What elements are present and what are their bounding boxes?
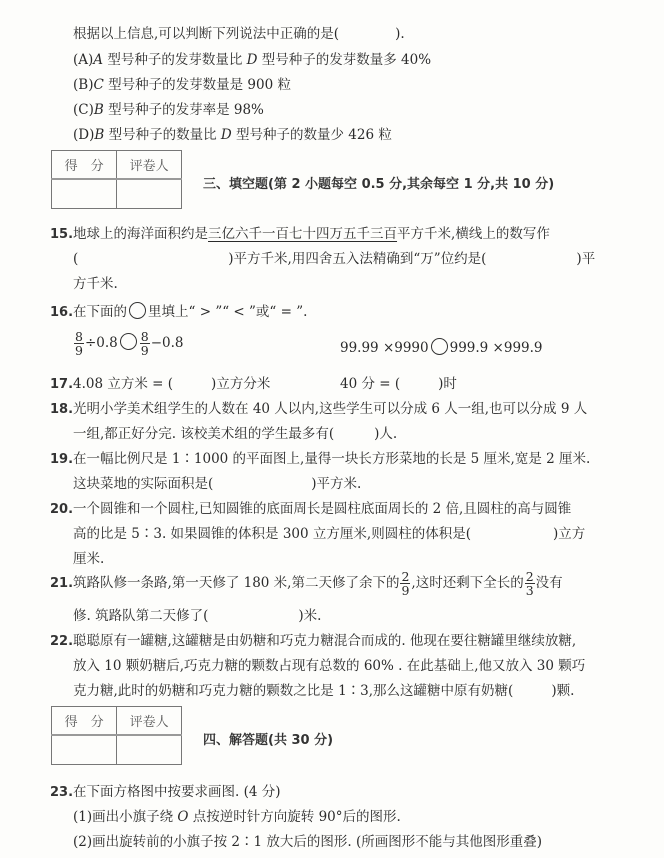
question-text: 在下面方格图中按要求画图. (4 分): [73, 784, 281, 800]
compare-circle[interactable]: [120, 333, 137, 350]
question-text: )平: [576, 251, 595, 267]
question-number: 19.: [50, 452, 73, 467]
question-text: )米.: [298, 608, 321, 624]
question-text: )立方: [553, 526, 585, 542]
question-text: 4.08 立方米 = (: [73, 376, 173, 392]
option-var: D: [247, 52, 258, 68]
underlined-number: 三亿六千一百七十四万五千三百: [208, 226, 397, 242]
expr-text: −0.8: [151, 335, 184, 351]
question-17-part2: 40 分 = ()时: [340, 372, 457, 392]
numerator: 2: [400, 570, 410, 584]
question-text: 在一幅比例尺是 1∶1000 的平面图上,量得一块长方形菜地的长是 5 厘米,宽…: [73, 451, 590, 467]
option-label: (B): [73, 77, 93, 93]
question-15-line2: ()平方千米,用四舍五入法精确到“万”位约是()平: [73, 247, 595, 267]
question-19-line2: 这块菜地的实际面积是()平方米.: [73, 472, 361, 492]
question-text: )平方千米,用四舍五入法精确到“万”位约是(: [228, 251, 486, 267]
question-text: 光明小学美术组学生的人数在 40 人以内,这些学生可以分成 6 人一组,也可以分…: [73, 401, 587, 417]
numerator: 8: [74, 330, 84, 344]
question-16-expr1: 89÷0.889−0.8: [73, 330, 183, 357]
question-23-sub2: (2)画出旋转前的小旗子按 2∶1 放大后的图形. (所画图形不能与其他图形重叠…: [73, 830, 542, 850]
q14-option-b: (B)C 型号种子的发芽数量是 900 粒: [73, 73, 291, 93]
question-20: 20.一个圆锥和一个圆柱,已知圆锥的底面周长是圆柱底面周长的 2 倍,且圆柱的高…: [50, 497, 571, 517]
question-text: ,这时还剩下全长的: [411, 575, 523, 591]
score-table: 得 分 评卷人: [51, 706, 182, 765]
option-text: 型号种子的发芽数量多 40%: [257, 52, 431, 68]
q14-stem-end: ).: [395, 26, 405, 42]
grader-header: 评卷人: [117, 151, 182, 180]
question-18: 18.光明小学美术组学生的人数在 40 人以内,这些学生可以分成 6 人一组,也…: [50, 397, 587, 417]
question-number: 21.: [50, 576, 73, 591]
q14-option-c: (C)B 型号种子的发芽率是 98%: [73, 98, 264, 118]
question-text: (: [73, 251, 78, 267]
option-var: B: [94, 102, 104, 118]
numerator: 2: [525, 570, 535, 584]
question-number: 17.: [50, 377, 73, 392]
denominator: 9: [401, 584, 409, 597]
option-text: 型号种子的发芽数量比: [103, 52, 247, 68]
fraction: 89: [140, 330, 150, 357]
question-text: 修. 筑路队第二天修了(: [73, 608, 208, 624]
question-text: )人.: [374, 426, 397, 442]
question-text: )平方米.: [311, 476, 361, 492]
score-header: 得 分: [52, 707, 117, 736]
question-15: 15.地球上的海洋面积约是三亿六千一百七十四万五千三百平方千米,横线上的数写作: [50, 222, 550, 242]
question-text: 里填上“ > ”“ < ”或“ = ”.: [148, 304, 307, 320]
question-number: 20.: [50, 502, 73, 517]
denominator: 9: [75, 344, 83, 357]
fraction: 89: [74, 330, 84, 357]
grader-header: 评卷人: [117, 707, 182, 736]
question-text: 没有: [536, 575, 563, 591]
option-label: (C): [73, 102, 94, 118]
question-text: 筑路队修一条路,第一天修了 180 米,第二天修了余下的: [73, 575, 399, 591]
option-var: D: [221, 127, 232, 143]
question-text: 这块菜地的实际面积是(: [73, 476, 213, 492]
question-18-line2: 一组,都正好分完. 该校美术组的学生最多有()人.: [73, 422, 397, 442]
q14-option-d: (D)B 型号种子的数量比 D 型号种子的数量少 426 粒: [73, 123, 392, 143]
score-cell[interactable]: [52, 179, 117, 209]
expr-text: 99.99 ×9990: [340, 340, 429, 356]
question-text: )颗.: [551, 683, 574, 699]
question-number: 18.: [50, 402, 73, 417]
question-20-line3: 厘米.: [73, 547, 104, 567]
question-number: 23.: [50, 785, 73, 800]
q14-option-a: (A)A 型号种子的发芽数量比 D 型号种子的发芽数量多 40%: [73, 48, 431, 68]
question-text: 点按逆时针方向旋转 90°后的图形.: [189, 809, 401, 825]
question-text: 地球上的海洋面积约是: [73, 226, 208, 242]
question-15-line3: 方千米.: [73, 272, 118, 292]
option-var: B: [94, 127, 104, 143]
question-number: 22.: [50, 634, 73, 649]
question-22: 22.聪聪原有一罐糖,这罐糖是由奶糖和巧克力糖混合而成的. 他现在要往糖罐里继续…: [50, 629, 576, 649]
denominator: 3: [526, 584, 534, 597]
option-label: (D): [73, 127, 94, 143]
section-title-fill-blank: 三、填空题(第 2 小题每空 0.5 分,其余每空 1 分,共 10 分): [203, 173, 554, 192]
point-label: O: [177, 809, 188, 825]
question-23-sub1: (1)画出小旗子绕 O 点按逆时针方向旋转 90°后的图形.: [73, 805, 401, 825]
q14-stem: 根据以上信息,可以判断下列说法中正确的是().: [73, 22, 405, 42]
question-21: 21.筑路队修一条路,第一天修了 180 米,第二天修了余下的29,这时还剩下全…: [50, 570, 563, 597]
question-text: 在下面的: [73, 304, 127, 320]
option-text: 型号种子的数量比: [104, 127, 221, 143]
question-16-expr2: 99.99 ×9990999.9 ×999.9: [340, 338, 543, 356]
question-19: 19.在一幅比例尺是 1∶1000 的平面图上,量得一块长方形菜地的长是 5 厘…: [50, 447, 590, 467]
question-text: 聪聪原有一罐糖,这罐糖是由奶糖和巧克力糖混合而成的. 他现在要往糖罐里继续放糖,: [73, 633, 576, 649]
denominator: 9: [141, 344, 149, 357]
grader-cell[interactable]: [117, 179, 182, 209]
question-text: 平方千米,横线上的数写作: [397, 226, 550, 242]
question-number: 16.: [50, 305, 73, 320]
question-text: )时: [438, 376, 457, 392]
question-23: 23.在下面方格图中按要求画图. (4 分): [50, 780, 281, 800]
option-text: 型号种子的发芽率是 98%: [104, 102, 264, 118]
question-22-line2: 放入 10 颗奶糖后,巧克力糖的颗数占现有总数的 60% . 在此基础上,他又放…: [73, 654, 585, 674]
score-cell[interactable]: [52, 735, 117, 765]
question-text: 克力糖,此时的奶糖和巧克力糖的颗数之比是 1∶3,那么这罐糖中原有奶糖(: [73, 683, 513, 699]
option-text: 型号种子的发芽数量是 900 粒: [104, 77, 291, 93]
expr-text: 999.9 ×999.9: [450, 340, 543, 356]
score-table: 得 分 评卷人: [51, 150, 182, 209]
question-21-line2: 修. 筑路队第二天修了()米.: [73, 604, 321, 624]
question-text: 高的比是 5∶3. 如果圆锥的体积是 300 立方厘米,则圆柱的体积是(: [73, 526, 471, 542]
question-text: 40 分 = (: [340, 376, 400, 392]
option-var: C: [93, 77, 103, 93]
question-22-line3: 克力糖,此时的奶糖和巧克力糖的颗数之比是 1∶3,那么这罐糖中原有奶糖()颗.: [73, 679, 574, 699]
score-header: 得 分: [52, 151, 117, 180]
question-16: 16.在下面的里填上“ > ”“ < ”或“ = ”.: [50, 300, 307, 320]
question-text: 一个圆锥和一个圆柱,已知圆锥的底面周长是圆柱底面周长的 2 倍,且圆柱的高与圆锥: [73, 501, 571, 517]
option-label: (A): [73, 52, 93, 68]
q14-stem-text: 根据以上信息,可以判断下列说法中正确的是(: [73, 26, 339, 42]
grader-cell[interactable]: [117, 735, 182, 765]
circle-icon: [129, 302, 146, 319]
compare-circle[interactable]: [431, 338, 448, 355]
fraction: 29: [400, 570, 410, 597]
numerator: 8: [140, 330, 150, 344]
expr-text: ÷0.8: [85, 335, 118, 351]
question-17: 17.4.08 立方米 = ()立方分米: [50, 372, 270, 392]
option-var: A: [93, 52, 103, 68]
question-number: 15.: [50, 227, 73, 242]
question-text: (1)画出小旗子绕: [73, 809, 177, 825]
section-title-solve: 四、解答题(共 30 分): [203, 729, 333, 748]
fraction: 23: [525, 570, 535, 597]
question-20-line2: 高的比是 5∶3. 如果圆锥的体积是 300 立方厘米,则圆柱的体积是()立方: [73, 522, 585, 542]
option-text: 型号种子的数量少 426 粒: [232, 127, 392, 143]
question-text: )立方分米: [211, 376, 270, 392]
question-text: 一组,都正好分完. 该校美术组的学生最多有(: [73, 426, 334, 442]
